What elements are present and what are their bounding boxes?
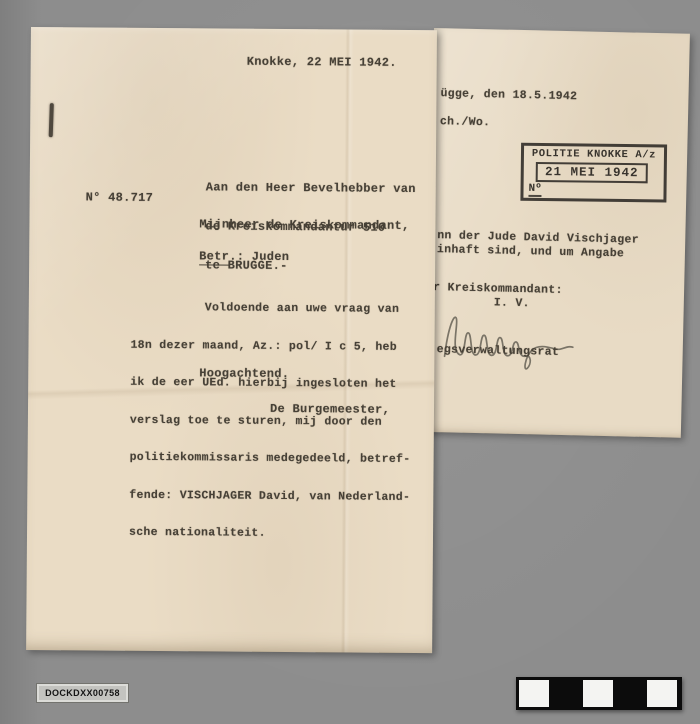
front-dateline: Knokke, 22 MEI 1942. [247, 56, 397, 70]
body-line: fende: VISCHJAGER David, van Nederland- [129, 489, 410, 504]
back-dateline: ügge, den 18.5.1942 [440, 88, 577, 104]
body-line: politiekommissaris medegedeeld, betref- [130, 452, 411, 467]
body-line: sche nationaliteit. [129, 527, 410, 542]
subject-rest: .: Juden [229, 250, 289, 264]
front-letter-page: Knokke, 22 MEI 1942. Aan den Heer Bevelh… [26, 27, 437, 653]
signature-line: De Burgemeester, [270, 403, 390, 416]
subject-line: Betr.: Juden [199, 250, 289, 263]
back-reference: ch./Wo. [440, 116, 491, 130]
back-body-line: inhaft sind, und um Angabe [437, 244, 624, 261]
reference-number: N° 48.717 [86, 191, 154, 204]
letter-body: Voldoende aan uwe vraag van 18n dezer ma… [129, 277, 412, 567]
scale-bar-square [519, 680, 549, 707]
recipient-line: Aan den Heer Bevelhebber van [206, 181, 416, 197]
salutation: Mijnheer de Kreiskommandant, [199, 218, 409, 232]
scale-bar-square [551, 680, 581, 707]
politie-knokke-stamp: POLITIE KNOKKE A/z 21 MEI 1942 Nº [520, 143, 667, 203]
stamp-office-line: POLITIE KNOKKE A/z [524, 146, 664, 162]
closing: Hoogachtend. [199, 367, 289, 380]
stamp-number-label: Nº [528, 183, 541, 197]
staple-mark [49, 103, 54, 137]
body-line: Voldoende aan uwe vraag van [131, 302, 412, 317]
back-letter-page: ügge, den 18.5.1942 ch./Wo. POLITIE KNOK… [425, 28, 690, 438]
photo-scale-bar [516, 677, 682, 710]
body-line: 18n dezer maand, Az.: pol/ I c 5, heb [130, 339, 411, 354]
scale-bar-square [615, 680, 645, 707]
scale-bar-square [583, 680, 613, 707]
subject-label: Betr [199, 249, 229, 265]
handwritten-signature [434, 304, 596, 378]
scale-bar-square [647, 680, 677, 707]
back-signoff: r Kreiskommandant: [433, 282, 563, 297]
photo-background: { "colors": { "background": "#8d8d8d", "… [0, 0, 700, 724]
catalog-code-label: DOCKDXX00758 [36, 683, 129, 703]
stamp-date: 21 MEI 1942 [536, 162, 648, 183]
